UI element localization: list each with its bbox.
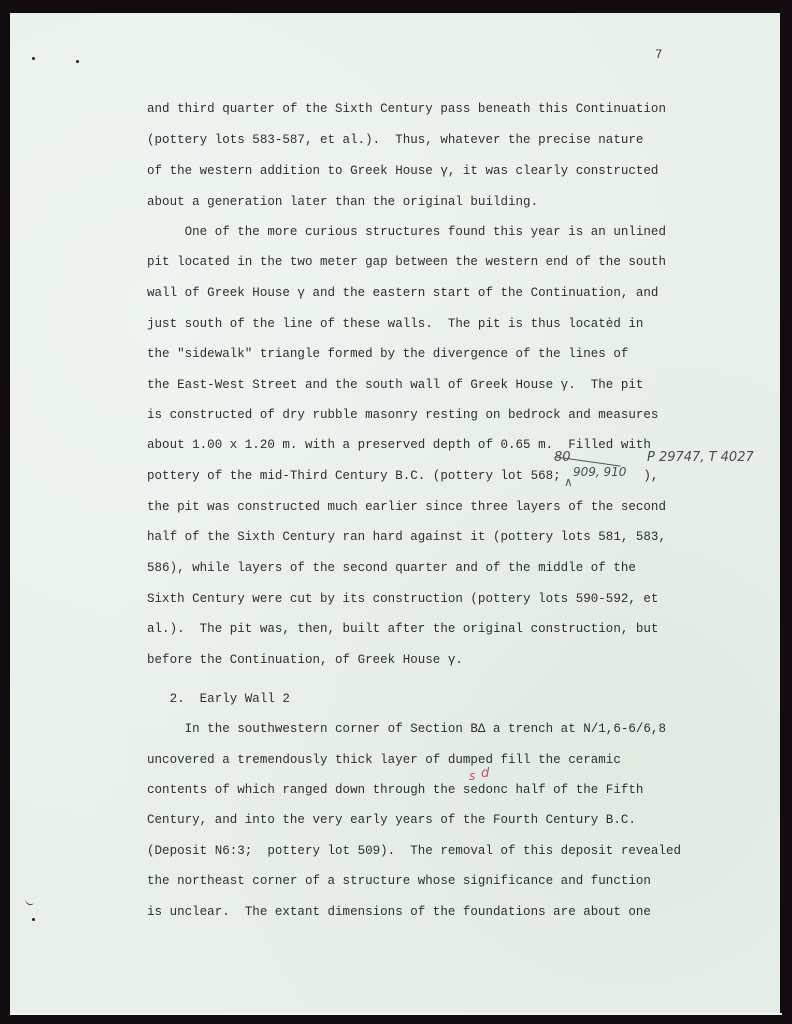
text-line: One of the more curious structures found… [147, 226, 666, 239]
text-line: about 1.00 x 1.20 m. with a preserved de… [147, 439, 651, 452]
text-line: uncovered a tremendously thick layer of … [147, 754, 621, 767]
punch-mark [76, 60, 79, 63]
text-line: wall of Greek House γ and the eastern st… [147, 287, 658, 300]
page-number: 7 [655, 48, 663, 62]
text-line: about a generation later than the origin… [147, 196, 538, 209]
section-heading: 2. Early Wall 2 [147, 693, 290, 706]
punch-mark [32, 57, 35, 60]
text-line: 586), while layers of the second quarter… [147, 562, 636, 575]
text-line: (pottery lots 583-587, et al.). Thus, wh… [147, 134, 643, 147]
document-page: ​ 7 and third quarter of the Sixth Centu… [10, 13, 780, 1015]
text-line: In the southwestern corner of Section BΔ… [147, 723, 666, 736]
text-line: of the western addition to Greek House γ… [147, 165, 658, 178]
handwritten-lot-numbers: 909, 910 [573, 465, 626, 479]
text-line: just south of the line of these walls. T… [147, 318, 643, 331]
text-line: and third quarter of the Sixth Century p… [147, 103, 666, 116]
text-line: the East-West Street and the south wall … [147, 379, 643, 392]
text-line: is unclear. The extant dimensions of the… [147, 906, 651, 919]
text-line: before the Continuation, of Greek House … [147, 654, 463, 667]
handwritten-catalog-refs: P 29747, T 4027 [647, 450, 754, 465]
text-line: al.). The pit was, then, built after the… [147, 623, 658, 636]
text-line: half of the Sixth Century ran hard again… [147, 531, 666, 544]
text-line: pit located in the two meter gap between… [147, 256, 666, 269]
text-line: the northeast corner of a structure whos… [147, 875, 651, 888]
punch-mark [32, 918, 35, 921]
insertion-caret: ∧ [564, 475, 573, 489]
text-line: the pit was constructed much earlier sin… [147, 501, 666, 514]
correction-mark-d: d [481, 766, 489, 781]
text-line: the "sidewalk" triangle formed by the di… [147, 348, 628, 361]
text-line: Sixth Century were cut by its constructi… [147, 593, 658, 606]
page-edge [10, 1013, 782, 1015]
correction-mark-s: s [469, 769, 475, 783]
text-line: Century, and into the very early years o… [147, 814, 636, 827]
text-line: (Deposit N6:3; pottery lot 509). The rem… [147, 845, 681, 858]
text-line: contents of which ranged down through th… [147, 784, 643, 797]
text-line: is constructed of dry rubble masonry res… [147, 409, 658, 422]
